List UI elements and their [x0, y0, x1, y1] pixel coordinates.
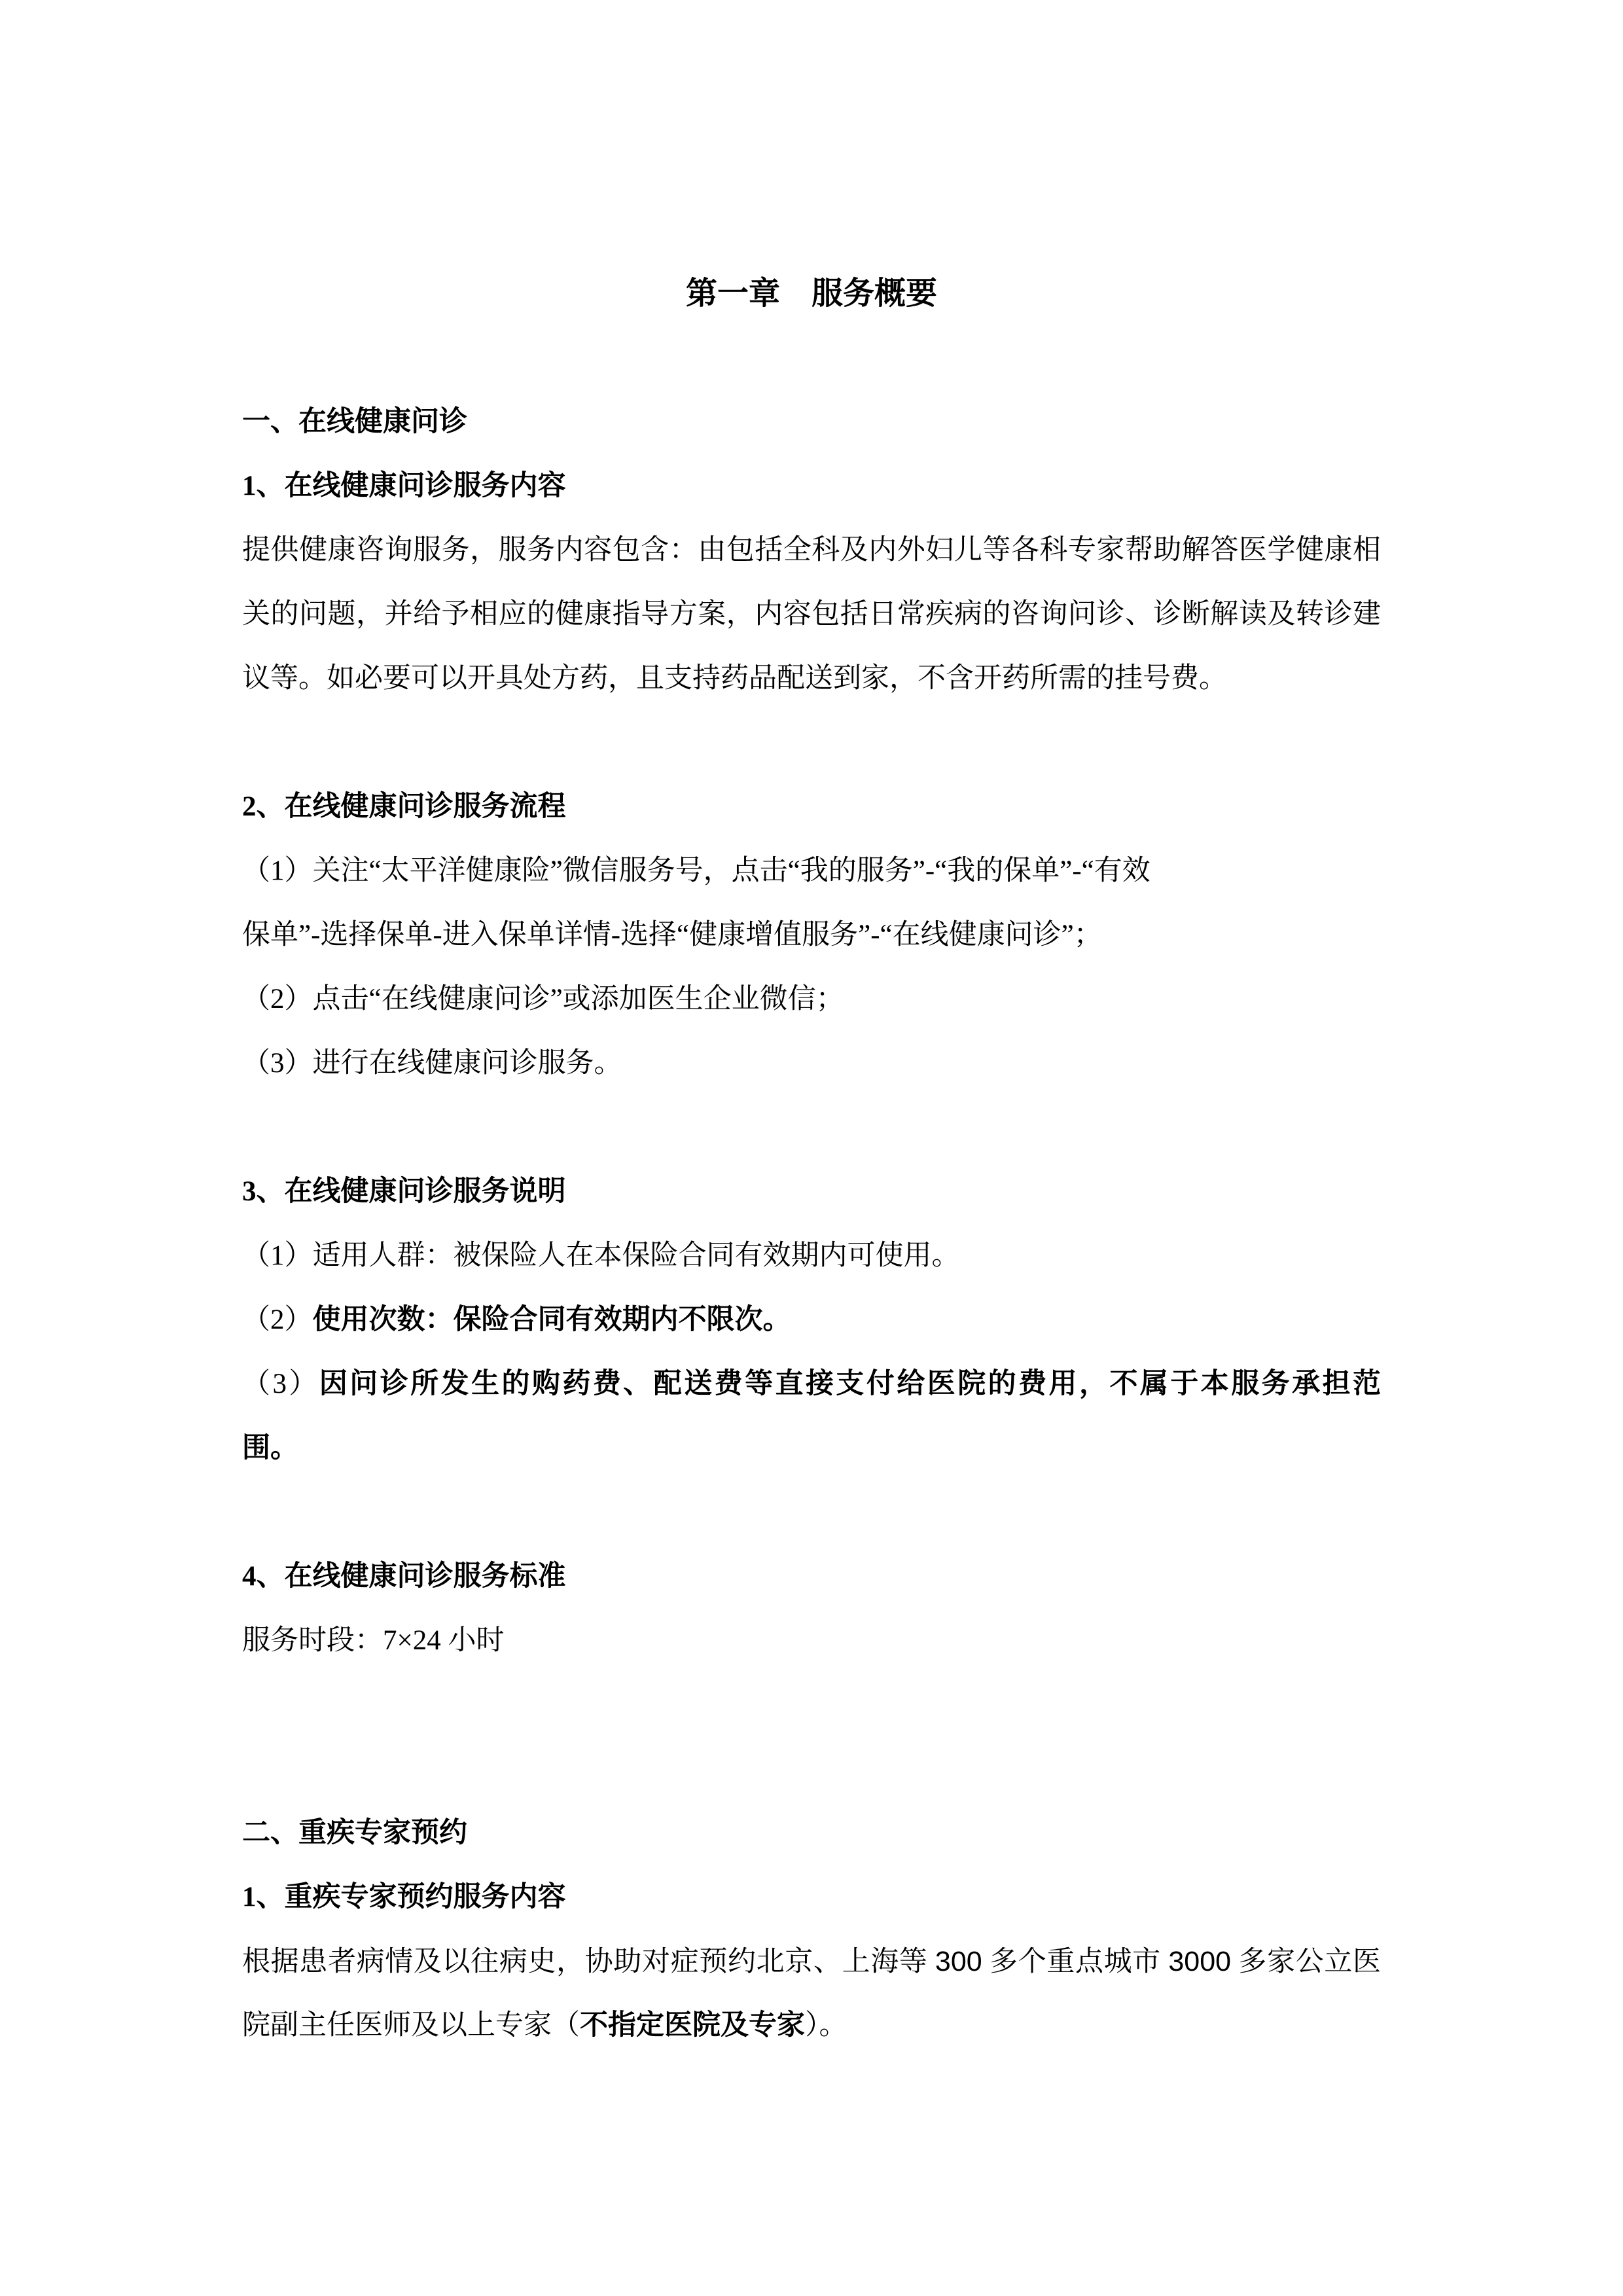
heading-text: 一、在线健康问诊: [242, 406, 467, 437]
list-item-line: （1）关注“太平洋健康险”微信服务号，点击“我的服务”-“我的保单”-“有效: [242, 839, 1381, 903]
doc-title-text: 第一章 服务概要: [686, 276, 937, 311]
subsection-heading-consult-notes: 3、在线健康问诊服务说明: [242, 1160, 1381, 1224]
body-text-bold: 因问诊所发生的购药费、配送费等直接支付给医院的费用，不属于本服务承担范: [319, 1369, 1381, 1399]
paragraph-line: 围。: [242, 1416, 1381, 1480]
list-item-line: 保单”-选择保单-进入保单详情-选择“健康增值服务”-“在线健康问诊”；: [242, 903, 1381, 967]
section-heading-online-consult: 一、在线健康问诊: [242, 390, 1381, 454]
section-heading-expert-booking: 二、重疾专家预约: [242, 1801, 1381, 1865]
body-text: （2）: [242, 1304, 313, 1335]
body-text: 提供健康咨询服务，服务内容包含：由包括全科及内外妇儿等各科专家帮助解答医学健康相: [242, 535, 1381, 565]
body-text-bold: 使用次数：保险合同有效期内不限次。: [313, 1304, 791, 1335]
body-text: ）。: [805, 2010, 847, 2041]
body-text: （1）适用人群：被保险人在本保险合同有效期内可使用。: [242, 1240, 960, 1271]
body-text-number: 3000: [1168, 1946, 1231, 1977]
list-item-line: （3）因问诊所发生的购药费、配送费等直接支付给医院的费用，不属于本服务承担范: [242, 1352, 1381, 1416]
body-text: 多个重点城市: [982, 1946, 1169, 1977]
doc-title: 第一章 服务概要: [242, 262, 1381, 326]
document-page: 第一章 服务概要 一、在线健康问诊 1、在线健康问诊服务内容 提供健康咨询服务，…: [0, 0, 1623, 2296]
body-text: 院副主任医师及以上专家（: [242, 2010, 580, 2041]
document-body: 第一章 服务概要 一、在线健康问诊 1、在线健康问诊服务内容 提供健康咨询服务，…: [0, 0, 1623, 2058]
body-text-bold: 不指定医院及专家: [580, 2010, 805, 2041]
list-item-line: （3）进行在线健康问诊服务。: [242, 1031, 1381, 1096]
body-text: 关的问题，并给予相应的健康指导方案，内容包括日常疾病的咨询问诊、诊断解读及转诊建: [242, 599, 1381, 630]
paragraph-line: 服务时段：7×24 小时: [242, 1609, 1381, 1673]
paragraph-line: 议等。如必要可以开具处方药，且支持药品配送到家，不含开药所需的挂号费。: [242, 647, 1381, 711]
paragraph-line: 院副主任医师及以上专家（不指定医院及专家）。: [242, 1994, 1381, 2058]
list-item-line: （2）点击“在线健康问诊”或添加医生企业微信；: [242, 967, 1381, 1031]
body-text-number: 300: [935, 1946, 982, 1977]
body-text: 议等。如必要可以开具处方药，且支持药品配送到家，不含开药所需的挂号费。: [242, 663, 1227, 694]
body-text: 根据患者病情及以往病史，协助对症预约北京、上海等: [242, 1946, 935, 1977]
body-text-bold: 围。: [242, 1433, 298, 1463]
heading-text: 4、在线健康问诊服务标准: [242, 1561, 566, 1592]
body-text: （2）点击“在线健康问诊”或添加医生企业微信；: [242, 984, 844, 1014]
body-text: 保单”-选择保单-进入保单详情-选择“健康增值服务”-“在线健康问诊”；: [242, 920, 1102, 950]
subsection-heading-booking-content: 1、重疾专家预约服务内容: [242, 1865, 1381, 1929]
heading-text: 3、在线健康问诊服务说明: [242, 1176, 566, 1207]
subsection-heading-consult-content: 1、在线健康问诊服务内容: [242, 454, 1381, 518]
paragraph-line: 关的问题，并给予相应的健康指导方案，内容包括日常疾病的咨询问诊、诊断解读及转诊建: [242, 583, 1381, 647]
body-text: （1）关注“太平洋健康险”微信服务号，点击“我的服务”-“我的保单”-“有效: [242, 855, 1150, 886]
paragraph-line: 提供健康咨询服务，服务内容包含：由包括全科及内外妇儿等各科专家帮助解答医学健康相: [242, 518, 1381, 583]
heading-text: 1、在线健康问诊服务内容: [242, 471, 566, 501]
body-text: 多家公立医: [1231, 1946, 1381, 1977]
paragraph-line: 根据患者病情及以往病史，协助对症预约北京、上海等 300 多个重点城市 3000…: [242, 1929, 1381, 1994]
body-text: （3）进行在线健康问诊服务。: [242, 1048, 622, 1079]
heading-text: 1、重疾专家预约服务内容: [242, 1882, 566, 1912]
body-text: （3）: [242, 1369, 319, 1399]
list-item-line: （1）适用人群：被保险人在本保险合同有效期内可使用。: [242, 1224, 1381, 1288]
list-item-line: （2）使用次数：保险合同有效期内不限次。: [242, 1288, 1381, 1352]
subsection-heading-consult-process: 2、在线健康问诊服务流程: [242, 775, 1381, 839]
heading-text: 二、重疾专家预约: [242, 1818, 467, 1848]
body-text: 服务时段：7×24 小时: [242, 1625, 505, 1656]
heading-text: 2、在线健康问诊服务流程: [242, 791, 566, 822]
subsection-heading-consult-standard: 4、在线健康问诊服务标准: [242, 1545, 1381, 1609]
